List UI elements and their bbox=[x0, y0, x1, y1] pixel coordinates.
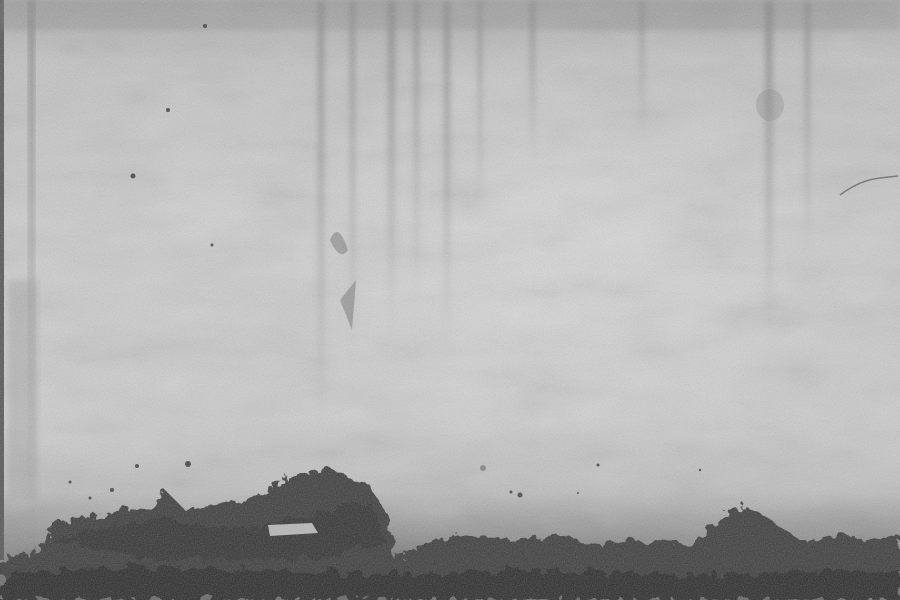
concrete-wall-photo bbox=[0, 0, 900, 600]
wall-texture bbox=[0, 0, 900, 600]
surface-grain bbox=[0, 0, 900, 600]
